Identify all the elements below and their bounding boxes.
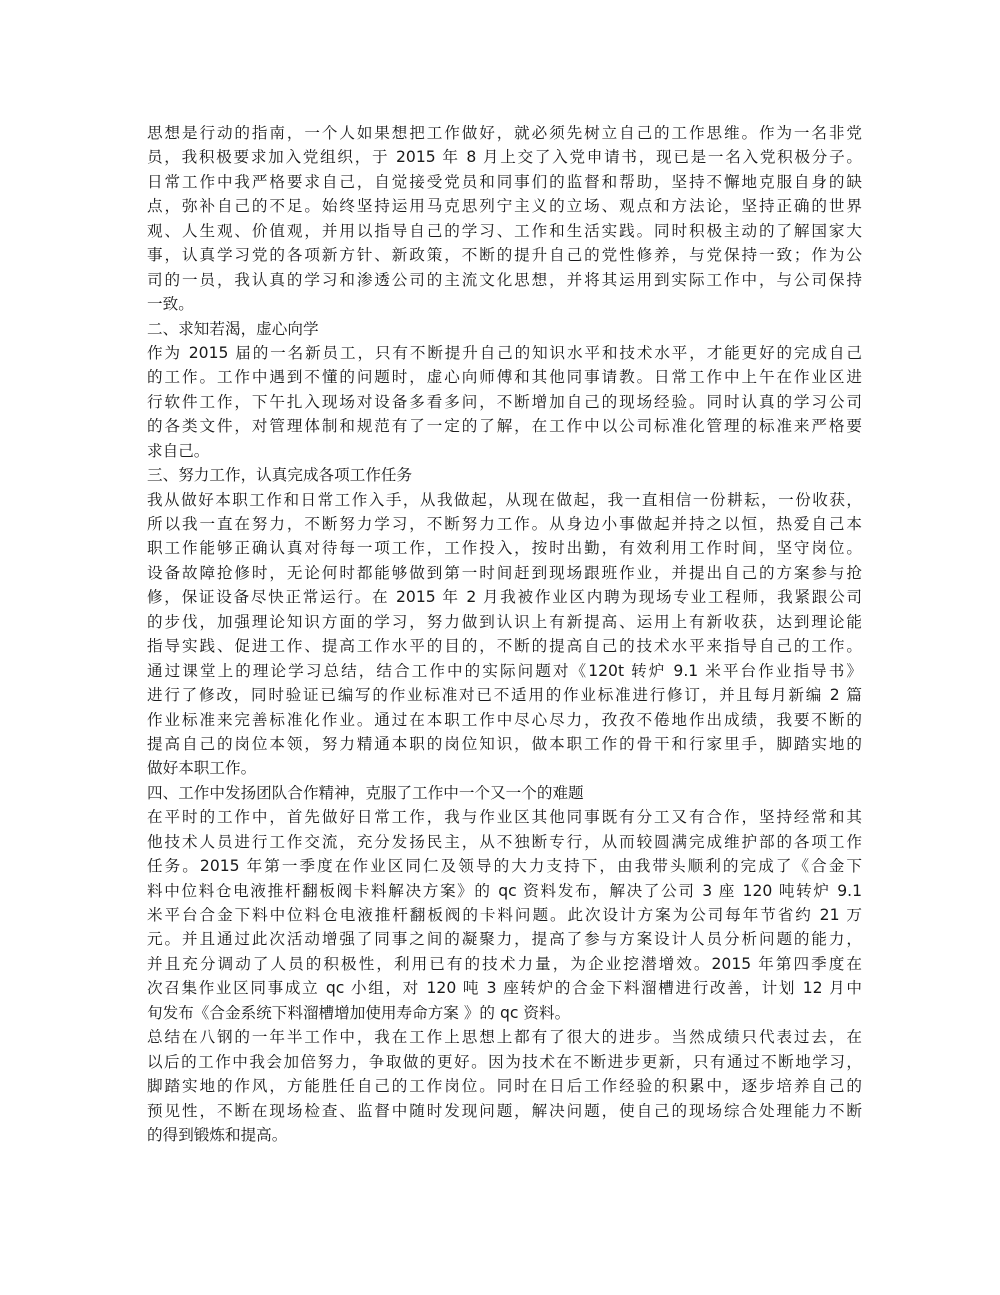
text-line: 司的一员，我认真的学习和渗透公司的主流文化思想，并将其运用到实际工作中，与公司保… [147, 268, 862, 292]
text-line: 作业标准来完善标准化作业。通过在本职工作中尽心尽力，孜孜不倦地作出成绩，我要不断… [147, 708, 862, 732]
text-line: 总结在八钢的一年半工作中，我在工作上思想上都有了很大的进步。当然成绩只代表过去，… [147, 1025, 862, 1049]
text-line: 在平时的工作中，首先做好日常工作，我与作业区其他同事既有分工又有合作，坚持经常和… [147, 805, 862, 829]
text-line: 他技术人员进行工作交流，充分发扬民主，从不独断专行，从而较圆满完成维护部的各项工… [147, 830, 862, 854]
text-line: 求自己。 [147, 439, 862, 463]
section-heading: 四、工作中发扬团队合作精神，克服了工作中一个又一个的难题 [147, 781, 862, 805]
text-line: 事，认真学习党的各项新方针、新政策，不断的提升自己的党性修养，与党保持一致；作为… [147, 243, 862, 267]
text-line: 通过课堂上的理论学习总结，结合工作中的实际问题对《120t 转炉 9.1 米平台… [147, 659, 862, 683]
text-line: 我从做好本职工作和日常工作入手，从我做起，从现在做起，我一直相信一份耕耘，一份收… [147, 488, 862, 512]
text-line: 任务。2015 年第一季度在作业区同仁及领导的大力支持下，由我带头顺利的完成了《… [147, 854, 862, 878]
text-line: 观、人生观、价值观，并用以指导自己的学习、工作和生活实践。同时积极主动的了解国家… [147, 219, 862, 243]
text-line: 旬发布《合金系统下料溜槽增加使用寿命方案 》的 qc 资料。 [147, 1001, 862, 1025]
text-line: 的各类文件，对管理体制和规范有了一定的了解，在工作中以公司标准化管理的标准来严格… [147, 414, 862, 438]
text-line: 做好本职工作。 [147, 756, 862, 780]
text-line: 料中位料仓电液推杆翻板阀卡料解决方案》的 qc 资料发布，解决了公司 3 座 1… [147, 879, 862, 903]
text-line: 职工作能够正确认真对待每一项工作，工作投入，按时出勤，有效利用工作时间，坚守岗位… [147, 536, 862, 560]
section-heading: 三、努力工作，认真完成各项工作任务 [147, 463, 862, 487]
text-line: 一致。 [147, 292, 862, 316]
text-line: 并且充分调动了人员的积极性，利用已有的技术力量，为企业挖潜增效。2015 年第四… [147, 952, 862, 976]
text-line: 以后的工作中我会加倍努力，争取做的更好。因为技术在不断进步更新，只有通过不断地学… [147, 1050, 862, 1074]
section-heading: 二、求知若渴，虚心向学 [147, 317, 862, 341]
text-line: 行软件工作，下午扎入现场对设备多看多问，不断增加自己的现场经验。同时认真的学习公… [147, 390, 862, 414]
text-line: 修，保证设备尽快正常运行。在 2015 年 2 月我被作业区内聘为现场专业工程师… [147, 585, 862, 609]
text-line: 米平台合金下料中位料仓电液推杆翻板阀的卡料问题。此次设计方案为公司每年节省约 2… [147, 903, 862, 927]
text-line: 指导实践、促进工作、提高工作水平的目的，不断的提高自己的技术水平来指导自己的工作… [147, 634, 862, 658]
text-line: 的得到锻炼和提高。 [147, 1123, 862, 1147]
text-line: 思想是行动的指南，一个人如果想把工作做好，就必须先树立自己的工作思维。作为一名非… [147, 121, 862, 145]
document-body: 思想是行动的指南，一个人如果想把工作做好，就必须先树立自己的工作思维。作为一名非… [147, 121, 862, 1147]
text-line: 脚踏实地的作风，方能胜任自己的工作岗位。同时在日后工作经验的积累中，逐步培养自己… [147, 1074, 862, 1098]
text-line: 设备故障抢修时，无论何时都能够做到第一时间赶到现场跟班作业，并提出自己的方案参与… [147, 561, 862, 585]
text-line: 的工作。工作中遇到不懂的问题时，虚心向师傅和其他同事请教。日常工作中上午在作业区… [147, 365, 862, 389]
text-line: 所以我一直在努力，不断努力学习，不断努力工作。从身边小事做起并持之以恒，热爱自己… [147, 512, 862, 536]
text-line: 员，我积极要求加入党组织，于 2015 年 8 月上交了入党申请书，现已是一名入… [147, 145, 862, 169]
text-line: 提高自己的岗位本领，努力精通本职的岗位知识，做本职工作的骨干和行家里手，脚踏实地… [147, 732, 862, 756]
text-line: 作为 2015 届的一名新员工，只有不断提升自己的知识水平和技术水平，才能更好的… [147, 341, 862, 365]
text-line: 进行了修改，同时验证已编写的作业标准对已不适用的作业标准进行修订，并且每月新编 … [147, 683, 862, 707]
text-line: 预见性，不断在现场检查、监督中随时发现问题，解决问题，使自己的现场综合处理能力不… [147, 1099, 862, 1123]
text-line: 元。并且通过此次活动增强了同事之间的凝聚力，提高了参与方案设计人员分析问题的能力… [147, 927, 862, 951]
text-line: 的步伐，加强理论知识方面的学习，努力做到认识上有新提高、运用上有新收获，达到理论… [147, 610, 862, 634]
text-line: 点，弥补自己的不足。始终坚持运用马克思列宁主义的立场、观点和方法论，坚持正确的世… [147, 194, 862, 218]
text-line: 次召集作业区同事成立 qc 小组，对 120 吨 3 座转炉的合金下料溜槽进行改… [147, 976, 862, 1000]
text-line: 日常工作中我严格要求自己，自觉接受党员和同事们的监督和帮助，坚持不懈地克服自身的… [147, 170, 862, 194]
